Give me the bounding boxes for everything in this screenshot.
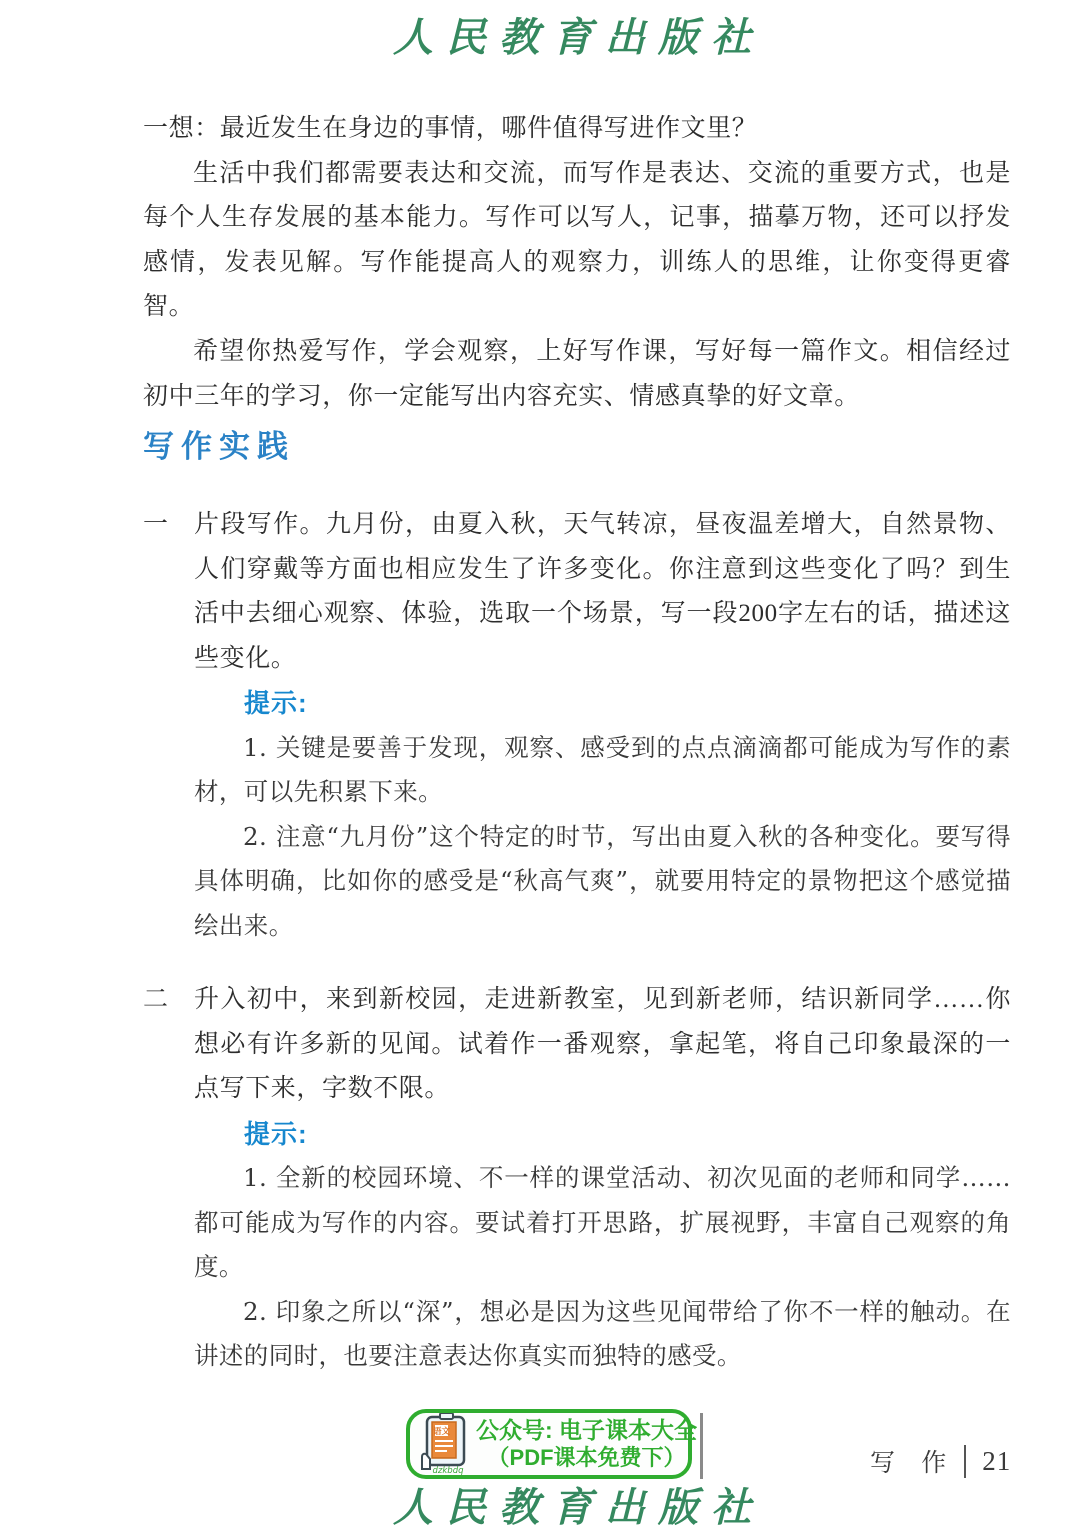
intro-paragraph-1: 生活中我们都需要表达和交流，而写作是表达、交流的重要方式，也是每个人生存发展的基… [143, 152, 1011, 330]
watermark-badge-text: 公众号: 电子课本大全 （PDF课本免费下） [476, 1417, 697, 1470]
exercise-2-hint-item: 1. 全新的校园环境、不一样的课堂活动、初次见面的老师和同学……都可能成为写作的… [194, 1156, 1011, 1290]
exercise-2-hint-item: 2. 印象之所以“深”，想必是因为这些见闻带给了你不一样的触动。在讲述的同时，也… [194, 1290, 1011, 1379]
page-footer: 写 作 21 [870, 1443, 1015, 1479]
exercise-1-hint-item: 2. 注意“九月份”这个特定的时节，写出由夏入秋的各种变化。要写得具体明确，比如… [194, 815, 1011, 949]
publisher-logo-bottom: 人民教育出版社 [0, 1476, 1087, 1533]
exercise-2-number: 二 [143, 978, 194, 1379]
exercise-1-hint-item: 1. 关键是要善于发现，观察、感受到的点点滴滴都可能成为写作的素材，可以先积累下… [194, 726, 1011, 815]
svg-text:语文: 语文 [433, 1426, 451, 1437]
exercise-2-hint-label: 提示: [244, 1112, 1011, 1157]
section-title-writing-practice: 写作实践 [143, 421, 295, 466]
intro-paragraph-2: 希望你热爱写作，学会观察，上好写作课，写好每一篇作文。相信经过初中三年的学习，你… [143, 330, 1011, 419]
exercise-2-text: 升入初中，来到新校园，走进新教室，见到新老师，结识新同学……你想必有许多新的见闻… [194, 978, 1011, 1112]
badge-side-divider [700, 1413, 703, 1479]
exercise-1: 一 片段写作。九月份，由夏入秋，天气转凉，昼夜温差增大，自然景物、人们穿戴等方面… [143, 503, 1011, 948]
exercise-2-hints: 1. 全新的校园环境、不一样的课堂活动、初次见面的老师和同学……都可能成为写作的… [194, 1156, 1011, 1379]
watermark-badge: 语文 dzkbdq 公众号: 电子课本大全 （PDF课本免费下） [406, 1409, 692, 1479]
footer-page-number: 21 [982, 1446, 1011, 1477]
exercise-2: 二 升入初中，来到新校园，走进新教室，见到新老师，结识新同学……你想必有许多新的… [143, 978, 1011, 1379]
exercise-1-number: 一 [143, 503, 194, 948]
exercise-1-hints: 1. 关键是要善于发现，观察、感受到的点点滴滴都可能成为写作的素材，可以先积累下… [194, 726, 1011, 949]
footer-divider-bar [964, 1445, 966, 1478]
icon-caption-text: dzkbdq [433, 1466, 465, 1475]
intro-section: 一想：最近发生在身边的事情，哪件值得写进作文里？ 生活中我们都需要表达和交流，而… [143, 107, 1011, 419]
intro-continuation-line: 一想：最近发生在身边的事情，哪件值得写进作文里？ [143, 107, 1011, 152]
badge-line-2: （PDF课本免费下） [476, 1445, 697, 1471]
exercise-1-hint-label: 提示: [244, 681, 1011, 726]
publisher-logo-top: 人民教育出版社 [0, 6, 1087, 63]
exercise-1-text: 片段写作。九月份，由夏入秋，天气转凉，昼夜温差增大，自然景物、人们穿戴等方面也相… [194, 503, 1011, 681]
footer-section-label: 写 作 [870, 1443, 956, 1479]
badge-line-1: 公众号: 电子课本大全 [476, 1417, 697, 1444]
tablet-book-icon: 语文 dzkbdq [418, 1413, 470, 1475]
